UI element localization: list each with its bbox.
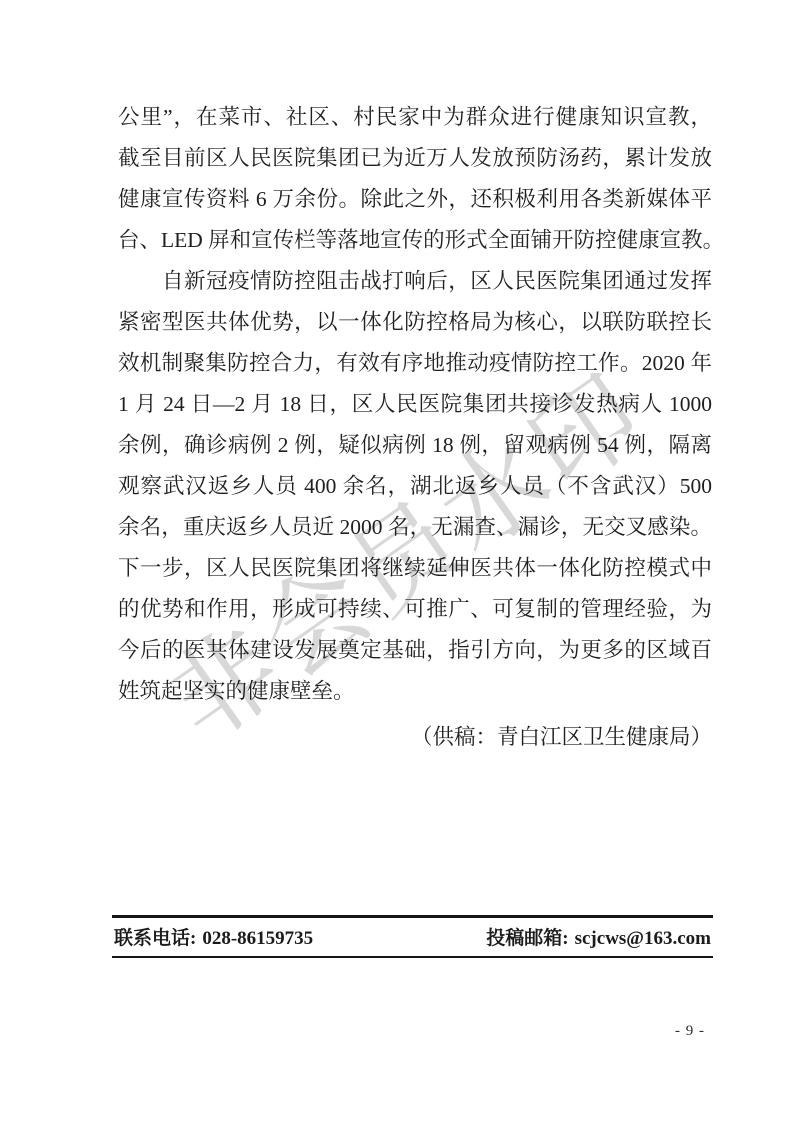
document-page: 非会员水印 公里”，在菜市、社区、村民家中为群众进行健康知识宣教， 截至目前区人… bbox=[0, 0, 793, 1122]
body-text-line: 紧密型医共体优势，以一体化防控格局为核心，以联防联控长 bbox=[118, 302, 712, 343]
attribution-line: （供稿：青白江区卫生健康局） bbox=[118, 717, 712, 758]
body-text-line: 自新冠疫情防控阻击战打响后，区人民医院集团通过发挥 bbox=[118, 261, 712, 302]
contact-phone: 联系电话:028-86159735 bbox=[114, 923, 313, 950]
body-text-line: 的优势和作用，形成可持续、可推广、可复制的管理经验，为 bbox=[118, 589, 712, 630]
contact-phone-label: 联系电话: bbox=[114, 928, 196, 949]
body-text-line: 截至目前区人民医院集团已为近万人发放预防汤药，累计发放 bbox=[118, 138, 712, 179]
submission-email-label: 投稿邮箱: bbox=[486, 928, 568, 949]
body-text-line: 效机制聚集防控合力，有效有序地推动疫情防控工作。2020 年 bbox=[118, 343, 712, 384]
body-text-line: 1 月 24 日—2 月 18 日，区人民医院集团共接诊发热病人 1000 bbox=[118, 384, 712, 425]
document-body: 公里”，在菜市、社区、村民家中为群众进行健康知识宣教， 截至目前区人民医院集团已… bbox=[118, 97, 712, 758]
body-text-line: 下一步，区人民医院集团将继续延伸医共体一体化防控模式中 bbox=[118, 548, 712, 589]
footer-bar: 联系电话:028-86159735 投稿邮箱:scjcws@163.com bbox=[112, 915, 713, 958]
body-text-line: 健康宣传资料 6 万余份。除此之外，还积极利用各类新媒体平 bbox=[118, 179, 712, 220]
body-text-line: 余例，确诊病例 2 例，疑似病例 18 例，留观病例 54 例，隔离 bbox=[118, 425, 712, 466]
page-number: - 9 - bbox=[655, 1023, 725, 1040]
body-text-line: 公里”，在菜市、社区、村民家中为群众进行健康知识宣教， bbox=[118, 97, 712, 138]
body-text-line: 姓筑起坚实的健康壁垒。 bbox=[118, 671, 712, 712]
body-text-line: 台、LED 屏和宣传栏等落地宣传的形式全面铺开防控健康宣教。 bbox=[118, 220, 712, 261]
contact-phone-number: 028-86159735 bbox=[202, 928, 313, 949]
body-text-line: 今后的医共体建设发展奠定基础，指引方向，为更多的区域百 bbox=[118, 630, 712, 671]
body-text-line: 余名，重庆返乡人员近 2000 名，无漏查、漏诊，无交叉感染。 bbox=[118, 507, 712, 548]
submission-email-address: scjcws@163.com bbox=[575, 928, 711, 949]
body-text-line: 观察武汉返乡人员 400 余名，湖北返乡人员（不含武汉）500 bbox=[118, 466, 712, 507]
submission-email: 投稿邮箱:scjcws@163.com bbox=[486, 923, 711, 950]
